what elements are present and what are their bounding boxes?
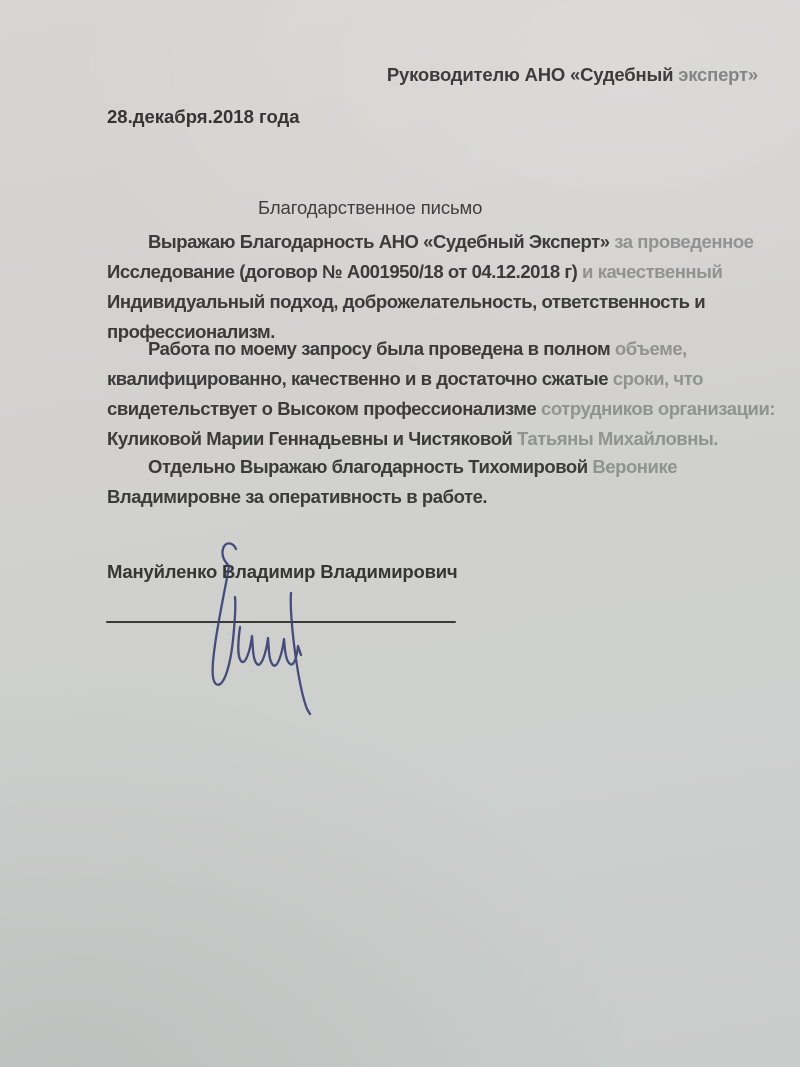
line-text-faded: Веронике	[592, 456, 677, 477]
paragraph-2: Работа по моему запросу была проведена в…	[107, 334, 775, 454]
signature-line	[106, 621, 456, 623]
signatory-name: Мануйленко Владимир Владимирович	[107, 561, 457, 583]
body-line: Куликовой Марии Геннадьевны и Чистяковой…	[107, 424, 775, 454]
body-line: свидетельствует о Высоком профессионализ…	[107, 394, 775, 424]
line-text: Работа по моему запросу была проведена в…	[148, 338, 615, 359]
line-text: квалифицированно, качественно и в достат…	[107, 368, 613, 389]
paragraph-1: Выражаю Благодарность АНО «Судебный Эксп…	[107, 227, 754, 347]
body-line: Исследование (договор № А001950/18 от 04…	[107, 257, 754, 287]
recipient-line: Руководителю АНО «Судебный эксперт»	[387, 64, 758, 86]
recipient-main: Руководителю АНО «Судебный	[387, 64, 678, 85]
line-text: Владимировне за оперативность в работе.	[107, 486, 487, 507]
line-text: Куликовой Марии Геннадьевны и Чистяковой	[107, 428, 517, 449]
line-text: Выражаю Благодарность АНО «Судебный Эксп…	[148, 231, 614, 252]
line-text-faded: сроки, что	[613, 368, 703, 389]
letter-photo: Руководителю АНО «Судебный эксперт» 28.д…	[0, 0, 800, 1067]
line-text: Исследование (договор № А001950/18 от 04…	[107, 261, 582, 282]
paragraph-3: Отдельно Выражаю благодарность Тихомиров…	[107, 452, 677, 512]
line-text-faded: объеме,	[615, 338, 687, 359]
handwritten-signature-ink	[0, 0, 800, 1067]
line-text-faded: и качественный	[582, 261, 722, 282]
letter-title: Благодарственное письмо	[258, 197, 482, 219]
line-text: Отдельно Выражаю благодарность Тихомиров…	[148, 456, 592, 477]
line-text-faded: Татьяны Михайловны.	[517, 428, 718, 449]
line-text-faded: сотрудников организации:	[541, 398, 775, 419]
body-line: Отдельно Выражаю благодарность Тихомиров…	[107, 452, 677, 482]
line-text: свидетельствует о Высоком профессионализ…	[107, 398, 541, 419]
body-line: Индивидуальный подход, доброжелательност…	[107, 287, 754, 317]
line-text-faded: за проведенное	[614, 231, 753, 252]
body-line: Владимировне за оперативность в работе.	[107, 482, 677, 512]
line-text: Индивидуальный подход, доброжелательност…	[107, 291, 705, 312]
body-line: Выражаю Благодарность АНО «Судебный Эксп…	[107, 227, 754, 257]
body-line: квалифицированно, качественно и в достат…	[107, 364, 775, 394]
date-line: 28.декабря.2018 года	[107, 106, 300, 128]
body-line: Работа по моему запросу была проведена в…	[107, 334, 775, 364]
recipient-faded: эксперт»	[678, 64, 758, 85]
